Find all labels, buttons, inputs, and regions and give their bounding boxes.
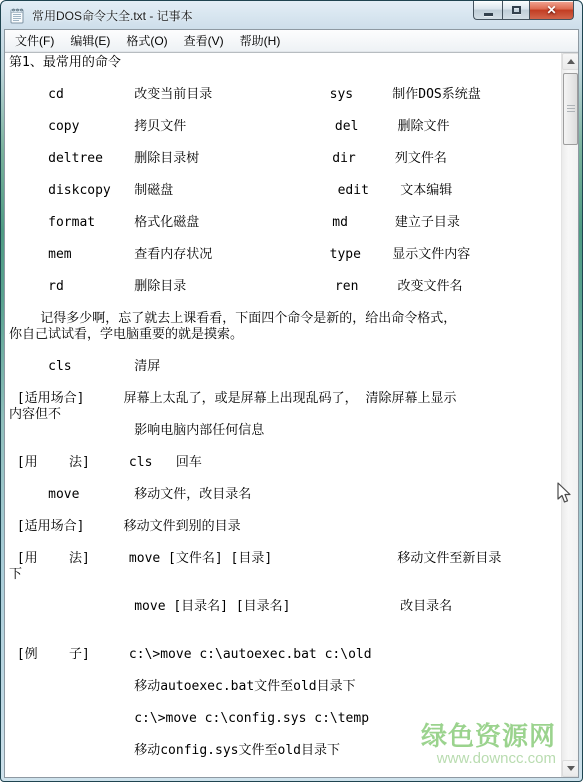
scroll-down-button[interactable] xyxy=(562,760,578,777)
close-icon: ✕ xyxy=(546,4,556,16)
titlebar[interactable]: 常用DOS命令大全.txt - 记事本 ✕ xyxy=(1,1,582,29)
menu-bar: 文件(F) 编辑(E) 格式(O) 查看(V) 帮助(H) xyxy=(5,30,578,52)
minimize-button[interactable] xyxy=(473,1,502,20)
notepad-app-icon xyxy=(9,7,26,24)
close-button[interactable]: ✕ xyxy=(529,1,574,20)
client-area: 文件(F) 编辑(E) 格式(O) 查看(V) 帮助(H) 第1、最常用的命令 … xyxy=(4,29,579,778)
menu-view[interactable]: 查看(V) xyxy=(176,29,232,52)
maximize-icon xyxy=(512,6,521,14)
window-title: 常用DOS命令大全.txt - 记事本 xyxy=(32,7,193,24)
document-text[interactable]: 第1、最常用的命令 cd 改变当前目录 sys 制作DOS系统盘 copy 拷贝… xyxy=(5,53,578,759)
scrollbar-thumb[interactable] xyxy=(563,73,578,145)
menu-edit[interactable]: 编辑(E) xyxy=(62,29,118,52)
window-controls: ✕ xyxy=(473,1,574,20)
scroll-up-arrow-icon xyxy=(567,59,575,64)
minimize-icon xyxy=(484,13,493,16)
menu-help[interactable]: 帮助(H) xyxy=(232,29,289,52)
scrollbar-grip-icon xyxy=(567,105,575,113)
maximize-button[interactable] xyxy=(502,1,529,20)
vertical-scrollbar[interactable] xyxy=(561,53,578,777)
scroll-up-button[interactable] xyxy=(562,53,578,70)
text-editor-area[interactable]: 第1、最常用的命令 cd 改变当前目录 sys 制作DOS系统盘 copy 拷贝… xyxy=(5,52,578,777)
scroll-down-arrow-icon xyxy=(567,766,575,771)
menu-file[interactable]: 文件(F) xyxy=(7,29,62,52)
menu-format[interactable]: 格式(O) xyxy=(118,29,175,52)
notepad-window: 常用DOS命令大全.txt - 记事本 ✕ 文件(F) 编辑(E) 格式(O) … xyxy=(0,0,583,782)
